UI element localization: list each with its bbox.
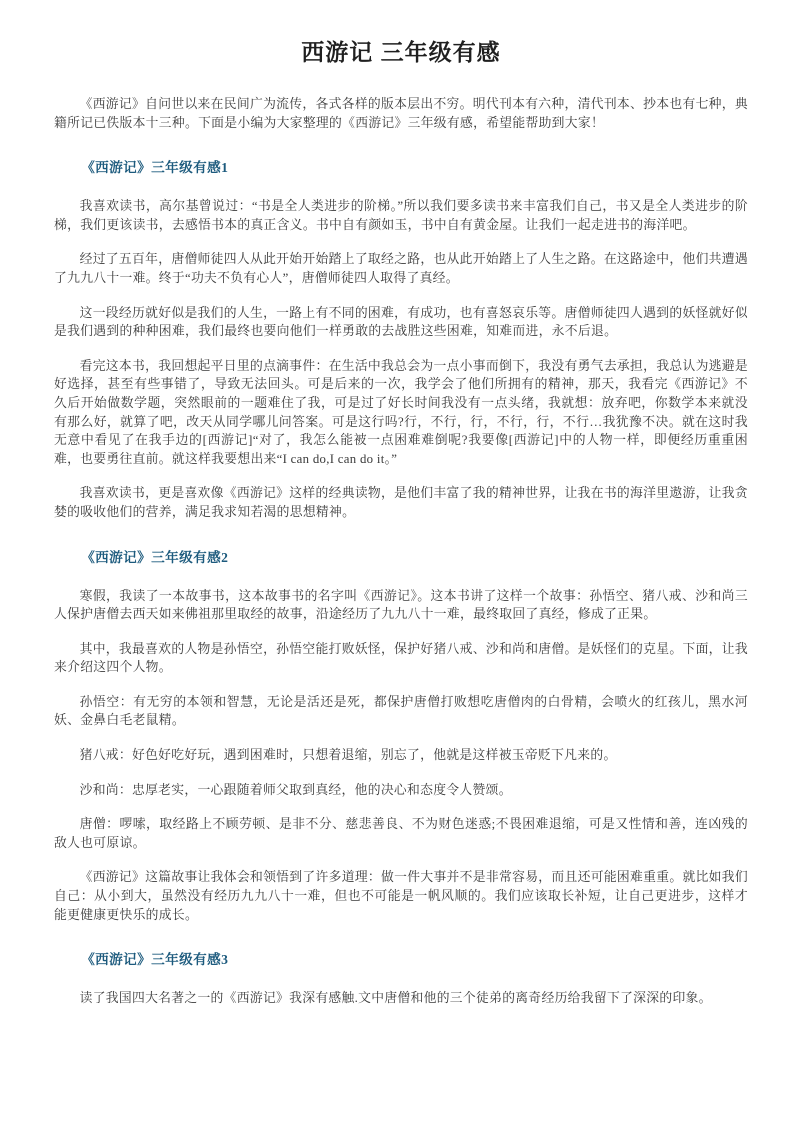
paragraph: 经过了五百年，唐僧师徒四人从此开始开始踏上了取经之路，也从此开始踏上了人生之路。… [54, 250, 748, 287]
paragraph: 《西游记》这篇故事让我体会和领悟到了许多道理：做一件大事并不是非常容易，而且还可… [54, 868, 748, 924]
section-heading-1: 《西游记》三年级有感1 [54, 156, 748, 176]
essay-section-3: 《西游记》三年级有感3 读了我国四大名著之一的《西游记》我深有感触.文中唐僧和他… [54, 948, 748, 1008]
paragraph: 读了我国四大名著之一的《西游记》我深有感触.文中唐僧和他的三个徒弟的离奇经历给我… [54, 989, 748, 1008]
paragraph: 这一段经历就好似是我们的人生，一路上有不同的困难，有成功，也有喜怒哀乐等。唐僧师… [54, 304, 748, 341]
paragraph: 看完这本书，我回想起平日里的点滴事件：在生活中我总会为一点小事而倒下，我没有勇气… [54, 357, 748, 469]
paragraph: 唐僧：啰嗦，取经路上不顾劳顿、是非不分、慈悲善良、不为财色迷惑;不畏困难退缩，可… [54, 815, 748, 852]
paragraph: 我喜欢读书，高尔基曾说过：“书是全人类进步的阶梯。”所以我们要多读书来丰富我们自… [54, 197, 748, 234]
paragraph: 我喜欢读书，更是喜欢像《西游记》这样的经典读物，是他们丰富了我的精神世界，让我在… [54, 484, 748, 521]
document-title: 西游记 三年级有感 [54, 34, 748, 67]
paragraph: 寒假，我读了一本故事书，这本故事书的名字叫《西游记》。这本书讲了这样一个故事：孙… [54, 587, 748, 624]
paragraph: 沙和尚：忠厚老实，一心跟随着师父取到真经，他的决心和态度令人赞颂。 [54, 781, 748, 800]
paragraph: 猪八戒：好色好吃好玩，遇到困难时，只想着退缩，别忘了，他就是这样被玉帝贬下凡来的… [54, 746, 748, 765]
paragraph: 孙悟空：有无穷的本领和智慧，无论是活还是死，都保护唐僧打败想吃唐僧肉的白骨精，会… [54, 693, 748, 730]
section-heading-2: 《西游记》三年级有感2 [54, 546, 748, 566]
essay-section-1: 《西游记》三年级有感1 我喜欢读书，高尔基曾说过：“书是全人类进步的阶梯。”所以… [54, 156, 748, 521]
essay-section-2: 《西游记》三年级有感2 寒假，我读了一本故事书，这本故事书的名字叫《西游记》。这… [54, 546, 748, 925]
section-heading-3: 《西游记》三年级有感3 [54, 948, 748, 968]
document-page: 西游记 三年级有感 《西游记》自问世以来在民间广为流传，各式各样的版本层出不穷。… [0, 0, 794, 1123]
intro-paragraph: 《西游记》自问世以来在民间广为流传，各式各样的版本层出不穷。明代刊本有六种，清代… [54, 95, 748, 132]
paragraph: 其中，我最喜欢的人物是孙悟空，孙悟空能打败妖怪，保护好猪八戒、沙和尚和唐僧。是妖… [54, 640, 748, 677]
